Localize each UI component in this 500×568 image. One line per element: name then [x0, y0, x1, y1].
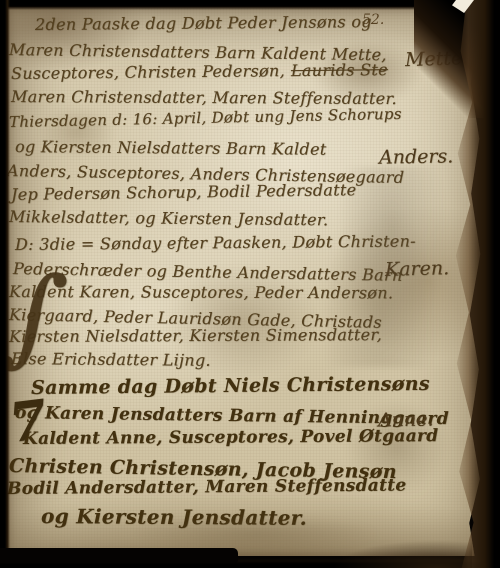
manuscript-line: Mikkelsdatter, og Kiersten Jensdatter.: [9, 207, 329, 229]
book-edge-bottom-left: [0, 548, 238, 563]
manuscript-line: Thiersdagen d: 16: April, Døbt ung Jens …: [9, 105, 402, 131]
manuscript-line: Maren Christensdatter, Maren Steffensdat…: [11, 87, 397, 108]
manuscript-line: D: 3die = Sønday efter Paasken, Døbt Chr…: [15, 232, 416, 254]
margin-name: Anne.: [378, 409, 434, 432]
manuscript-line: Kiersten Nielsdatter, Kiersten Simensdat…: [9, 325, 382, 346]
manuscript-line: Samme dag Døbt Niels Christensøns: [31, 373, 430, 399]
manuscript-line: og Kiersten Jensdatter.: [41, 504, 307, 530]
manuscript-line: Kaldent Anne, Susceptores, Povel Øtgaard: [23, 426, 439, 449]
manuscript-line: Jep Pedersøn Schorup, Bodil Pedersdatte: [11, 180, 357, 204]
struck-text: Laurids Ste: [291, 60, 388, 80]
manuscript-line: og Kiersten Nielsdatters Barn Kaldet: [15, 137, 327, 159]
manuscript-line: 2den Paaske dag Døbt Peder Jensøns og: [35, 12, 372, 34]
manuscript-line: Bodil Andersdatter, Maren Steffensdatte: [7, 476, 407, 499]
margin-name: Karen.: [385, 257, 450, 281]
book-spine-edge: [0, 0, 10, 568]
bottom-right-shadow: [332, 540, 472, 568]
line-text: Susceptores, Christen Pedersøn,: [11, 61, 285, 83]
margin-name: Anders.: [379, 145, 454, 168]
manuscript-photo: 52. 2den Paaske dag Døbt Peder Jensøns o…: [0, 0, 500, 568]
ink-flourish: 7: [5, 387, 50, 455]
manuscript-line: Susceptores, Christen Pedersøn,Laurids S…: [11, 60, 388, 83]
